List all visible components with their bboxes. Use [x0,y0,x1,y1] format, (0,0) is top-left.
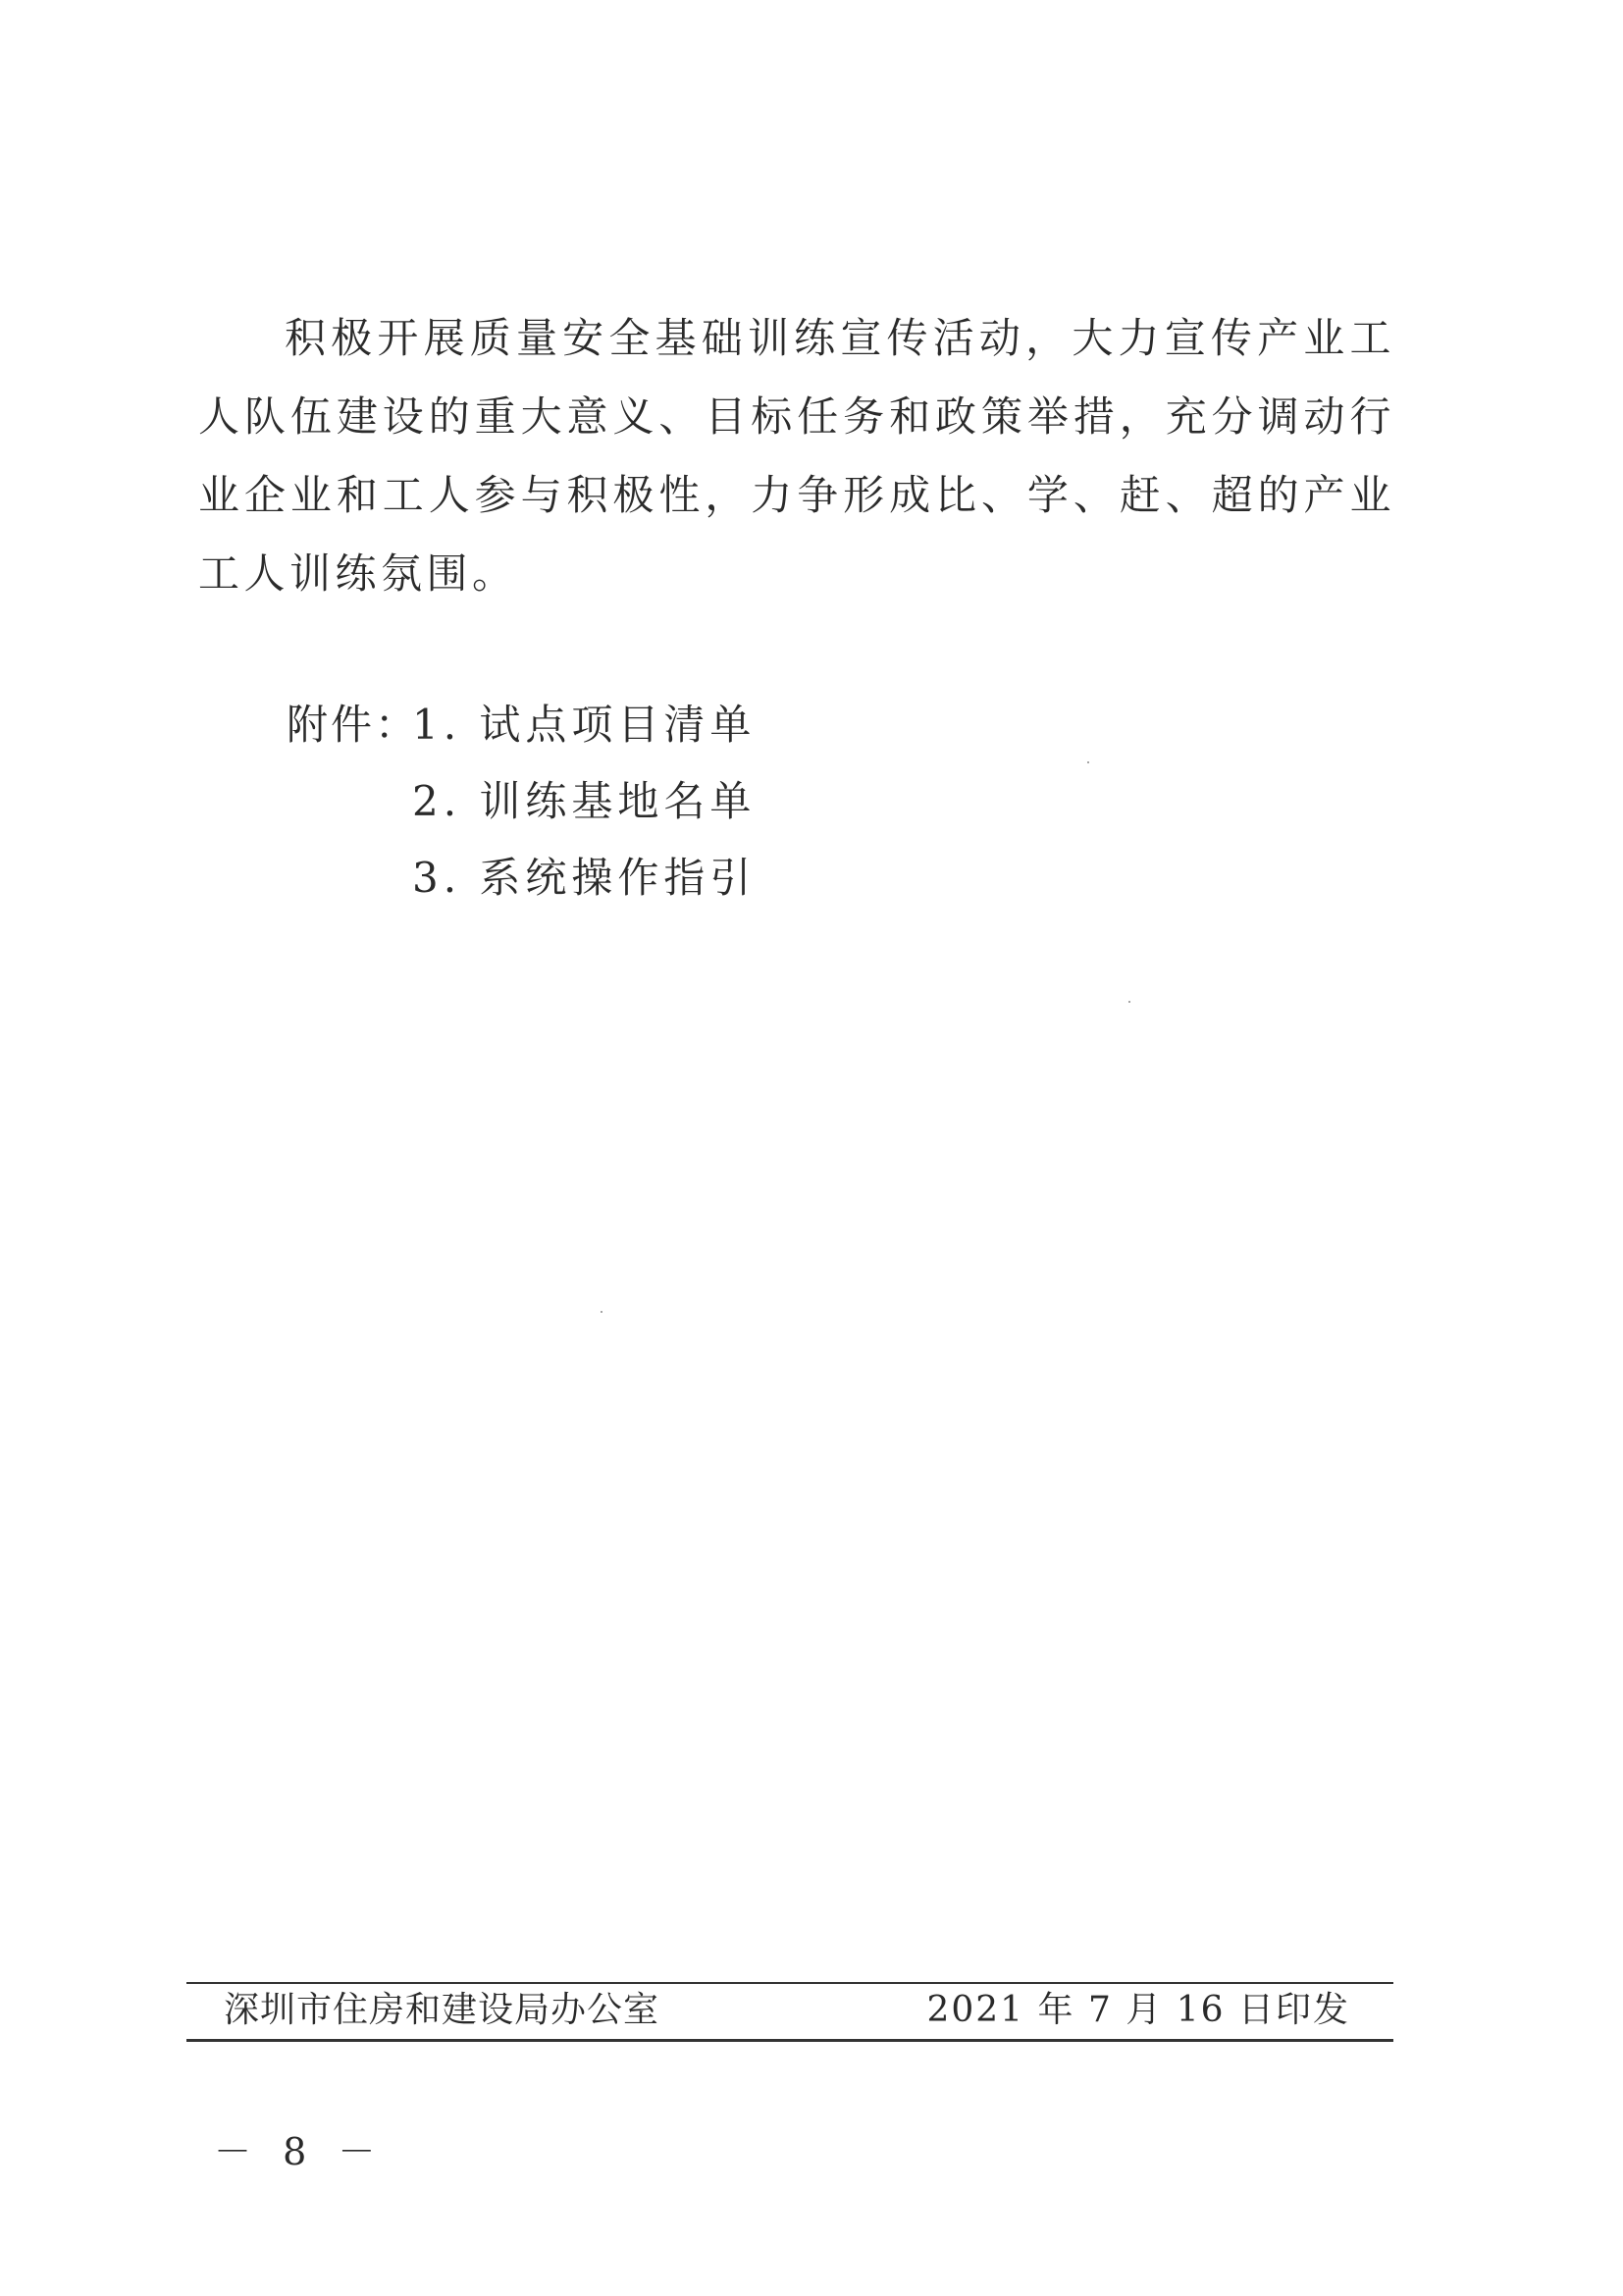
body-paragraph: 积极开展质量安全基础训练宣传活动，大力宣传产业工人队伍建设的重大意义、目标任务和… [198,299,1395,613]
attachments-label: 附件： [287,687,412,763]
footer-top-rule [186,1982,1393,1984]
footer-bottom-rule [186,2039,1393,2042]
attachment-row: 3. 系统操作指引 [287,840,756,916]
attachment-item: 2. 训练基地名单 [412,763,756,840]
issue-date: 2021 年 7 月 16 日印发 [926,1986,1350,2035]
attachment-item: 1. 试点项目清单 [412,687,756,763]
scan-speck [1128,1001,1130,1003]
issuer-name: 深圳市住房和建设局办公室 [224,1986,659,2035]
attachments-list: 附件： 1. 试点项目清单 2. 训练基地名单 3. 系统操作指引 [287,687,756,916]
scan-speck [601,1311,602,1313]
document-page: 积极开展质量安全基础训练宣传活动，大力宣传产业工人队伍建设的重大意义、目标任务和… [0,0,1623,2296]
scan-speck [1087,761,1089,763]
attachment-row: 2. 训练基地名单 [287,763,756,840]
page-number: － 8 － [214,2127,385,2176]
attachment-item: 3. 系统操作指引 [412,840,756,916]
attachment-row: 附件： 1. 试点项目清单 [287,687,756,763]
